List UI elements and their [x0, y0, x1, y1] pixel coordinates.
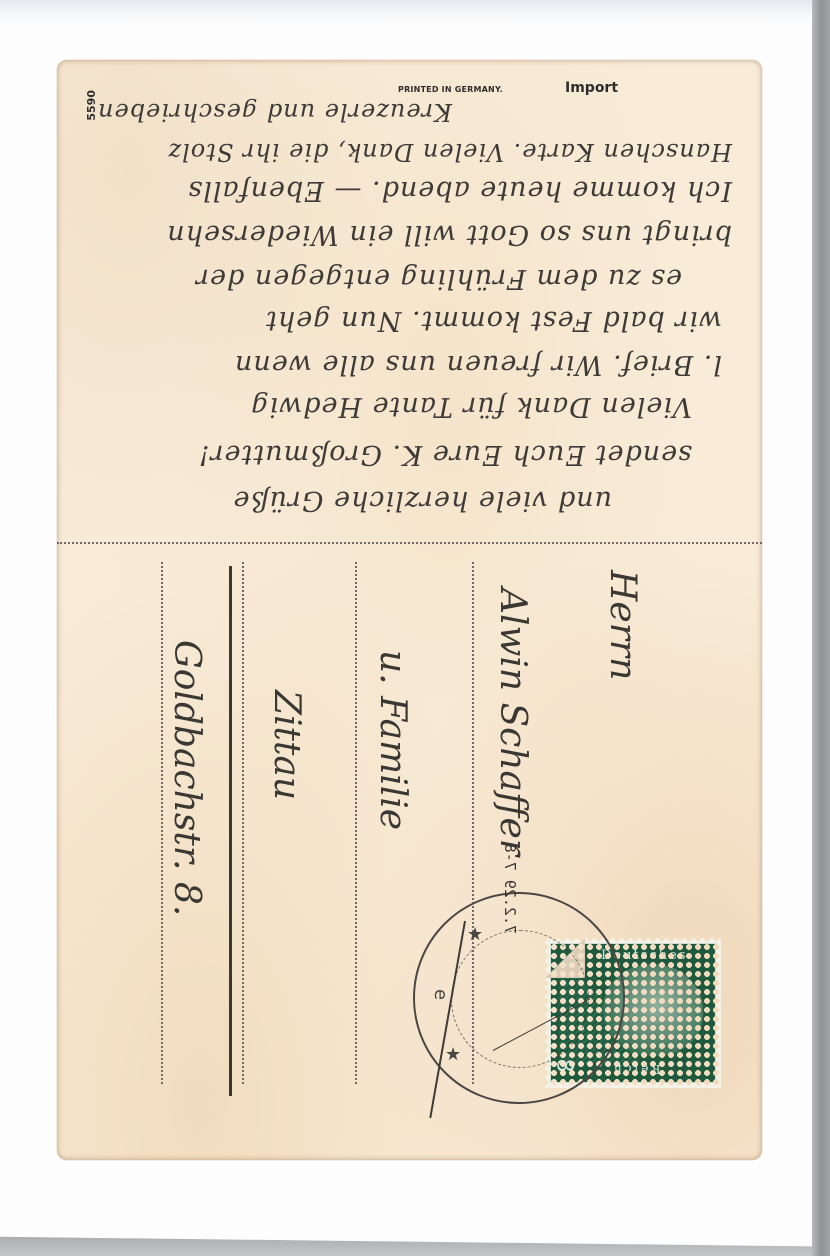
postcard: und viele herzliche Grüße sendet Euch Eu…	[57, 60, 762, 1160]
address-name: Alwin Schaffer	[492, 588, 533, 856]
address-rule-solid	[229, 566, 232, 1096]
message-line: und viele herzliche Grüße	[233, 485, 612, 516]
stamp-reich-label: Reich	[611, 1062, 660, 1076]
address-street: Goldbachstr. 8.	[166, 640, 207, 916]
address-household: u. Familie	[372, 650, 413, 830]
scanner-top-shadow	[0, 0, 830, 24]
message-line: Ich komme heute abend. — Ebenfalls	[187, 175, 732, 206]
message-address-divider	[57, 542, 762, 544]
message-line: es zu dem Frühling entgegen der	[195, 263, 682, 294]
postmark-district-letter: e	[430, 989, 451, 1000]
import-label: Import	[565, 80, 618, 96]
postmark-inner-ring	[451, 930, 589, 1068]
address-salutation: Herrn	[602, 570, 643, 680]
message-line: bringt uns so Gott will ein Wiedersehn	[166, 219, 732, 250]
address-rule	[161, 562, 163, 1084]
postmark-date: 7.2.29 7-8	[501, 844, 519, 934]
star-icon: ★	[467, 924, 483, 945]
message-line: Kreuzerle und geschrieben	[97, 98, 452, 126]
message-line: Hanschen Karte. Vielen Dank, die ihr Sto…	[167, 138, 732, 166]
message-line: sendet Euch Eure K. Großmutter!	[198, 439, 692, 470]
postmark: 7.2.29 7-8 ★ ★ e	[413, 892, 625, 1104]
address-rule	[242, 562, 244, 1084]
scanner-bottom-band	[0, 1232, 812, 1256]
address-rule	[355, 562, 357, 1084]
message-line: Vielen Dank für Tante Hedwig	[250, 391, 692, 422]
star-icon: ★	[445, 1044, 461, 1065]
address-city: Zittau	[266, 690, 307, 800]
message-area: und viele herzliche Grüße sendet Euch Eu…	[57, 60, 762, 540]
serial-number: 5590	[85, 90, 99, 230]
message-text-block: und viele herzliche Grüße sendet Euch Eu…	[57, 60, 762, 540]
message-line: l. Brief. Wir freuen uns alle wenn	[234, 349, 722, 380]
scanner-edge-strip	[812, 0, 830, 1256]
printed-in-germany-label: PRINTED IN GERMANY.	[398, 85, 503, 94]
message-line: wir bald Fest kommt. Nun geht	[265, 305, 722, 336]
